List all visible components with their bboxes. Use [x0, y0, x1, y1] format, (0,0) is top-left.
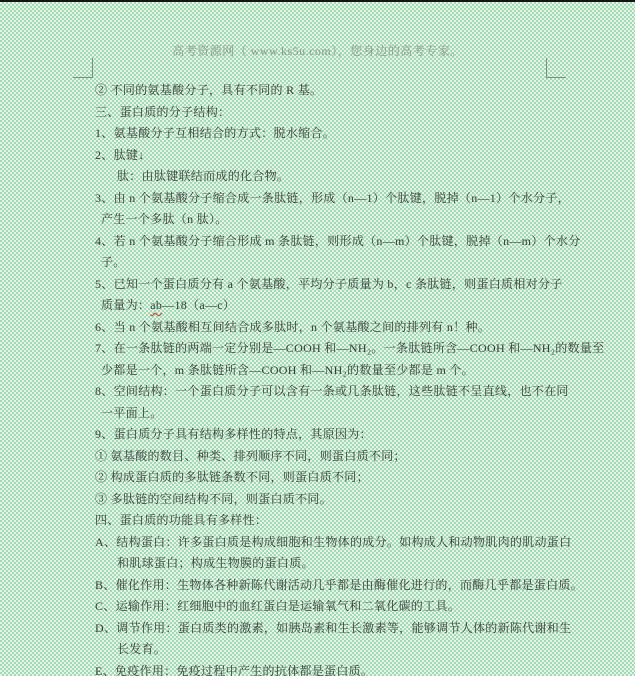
text-line[interactable]: 4、若 n 个氨基酸分子缩合形成 m 条肽链，则形成（n—m）个肽键，脱掉（n—…	[95, 231, 595, 253]
text-line-continuation[interactable]: 一平面上。	[101, 403, 595, 425]
text-line[interactable]: A、结构蛋白：许多蛋白质是构成细胞和生物体的成分。如构成人和动物肌肉的肌动蛋白	[95, 532, 595, 554]
text-line[interactable]: 8、空间结构：一个蛋白质分子可以含有一条或几条肽链，这些肽链不呈直线，也不在同	[95, 381, 595, 403]
text-line-continuation[interactable]: 和肌球蛋白；构成生物膜的蛋白质。	[117, 553, 595, 575]
text-line[interactable]: ② 构成蛋白质的多肽链条数不同，则蛋白质不同；	[95, 467, 595, 489]
page-header-text: 高考资源网（ www.ks5u.com），您身边的高考专家。	[0, 42, 635, 59]
text-line[interactable]: 2、肽键↓	[95, 145, 595, 167]
text-line[interactable]: C、运输作用：红细胞中的血红蛋白是运输氧气和二氧化碳的工具。	[95, 596, 595, 618]
text-line[interactable]: 7、在一条肽链的两端一定分别是—COOH 和—NH₂。一条肽链所含—COOH 和…	[95, 338, 595, 360]
text-line[interactable]: 肽：由肽键联结而成的化合物。	[117, 166, 595, 188]
text-line[interactable]: ② 不同的氨基酸分子，具有不同的 R 基。	[95, 80, 595, 102]
section-heading[interactable]: 三、蛋白质的分子结构：	[95, 102, 595, 124]
text-line[interactable]: ① 氨基酸的数目、种类、排列顺序不同，则蛋白质不同；	[95, 446, 595, 468]
document-page: { "page": { "header": "高考资源网（ www.ks5u.c…	[0, 0, 635, 676]
text-line[interactable]: ③ 多肽链的空间结构不同，则蛋白质不同。	[95, 489, 595, 511]
text-line-continuation[interactable]: 产生一个多肽（n 肽）。	[101, 209, 595, 231]
crop-mark-top-left	[73, 58, 93, 78]
text-line-continuation[interactable]: 长发育。	[117, 639, 595, 661]
text-line[interactable]: E、免疫作用：免疫过程中产生的抗体都是蛋白质。	[95, 661, 595, 676]
section-heading[interactable]: 四、蛋白质的功能具有多样性：	[95, 510, 595, 532]
window-top-edge	[0, 0, 635, 2]
misspelled-word[interactable]: ab	[150, 298, 162, 312]
text-line[interactable]: 5、已知一个蛋白质分有 a 个氨基酸，平均分子质量为 b，c 条肽链，则蛋白质相…	[95, 274, 595, 296]
text-segment: —18（a—c）	[162, 298, 235, 312]
text-line[interactable]: 1、氨基酸分子互相结合的方式：脱水缩合。	[95, 123, 595, 145]
text-line-continuation[interactable]: 少都是一个，m 条肽链所含—COOH 和—NH₂的数量至少都是 m 个。	[101, 360, 595, 382]
text-segment: 质量为：	[101, 298, 150, 312]
text-line[interactable]: D、调节作用：蛋白质类的激素，如胰岛素和生长激素等，能够调节人体的新陈代谢和生	[95, 618, 595, 640]
text-line-continuation[interactable]: 子。	[101, 252, 595, 274]
text-line[interactable]: B、催化作用：生物体各种新陈代谢活动几乎都是由酶催化进行的，而酶几乎都是蛋白质。	[95, 575, 595, 597]
text-line[interactable]: 9、蛋白质分子具有结构多样性的特点，其原因为：	[95, 424, 595, 446]
crop-mark-top-right	[546, 58, 566, 78]
text-line-continuation[interactable]: 质量为：ab—18（a—c）	[101, 295, 595, 317]
document-text-area[interactable]: ② 不同的氨基酸分子，具有不同的 R 基。 三、蛋白质的分子结构： 1、氨基酸分…	[95, 80, 595, 676]
text-line[interactable]: 3、由 n 个氨基酸分子缩合成一条肽链，形成（n—1）个肽键，脱掉（n—1）个水…	[95, 188, 595, 210]
text-line[interactable]: 6、当 n 个氨基酸相互间结合成多肽时，n 个氨基酸之间的排列有 n！种。	[95, 317, 595, 339]
